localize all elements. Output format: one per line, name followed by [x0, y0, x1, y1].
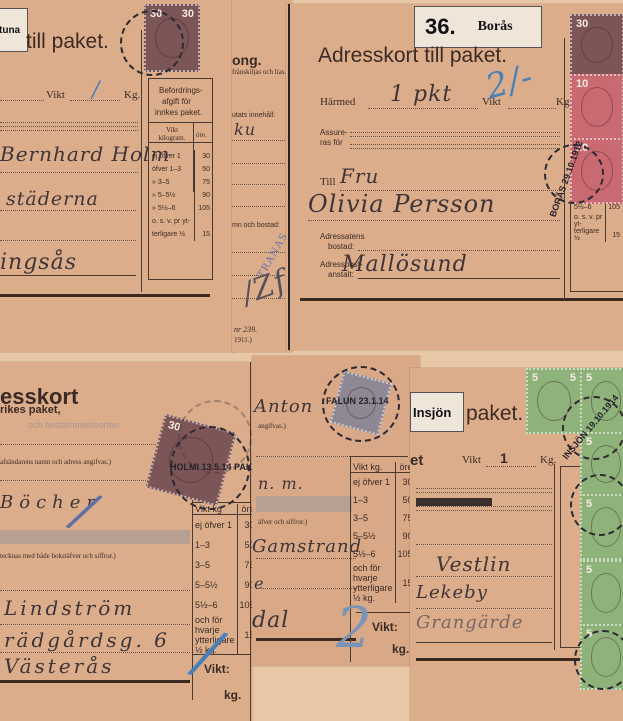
card-subtitle: rikes paket, — [0, 404, 61, 416]
recipient-line-1: Gamstrand — [252, 536, 362, 557]
underline — [0, 275, 136, 276]
rate-row: 5–5½90 — [351, 527, 415, 545]
station-label-text: Insjön — [413, 405, 451, 420]
stamp-5-ore: 5 — [580, 560, 623, 626]
address-note: tecknas med både bokstäfver och siffror.… — [0, 552, 116, 560]
rate-weight: öfver 1–3 — [150, 163, 195, 176]
rate-row: 1–350 — [193, 535, 252, 555]
stamp-value: 5 — [532, 372, 538, 384]
station-label: 36. Borås — [414, 6, 542, 48]
rate-row: 5–5½90 — [193, 575, 252, 595]
rate-weight: o. s. v. pr yt- — [572, 214, 606, 228]
rate-weight: 3–5 — [193, 555, 237, 575]
faded-line: och bestämmelseorten — [28, 420, 119, 430]
stamp-30-ore: 30 — [570, 14, 623, 76]
harmed-handwriting: 1 pkt — [390, 82, 452, 107]
label-number: 36. — [425, 14, 456, 40]
card-title: Adresskort till paket. — [318, 44, 507, 68]
recipient-line-3: dal — [252, 608, 289, 633]
stamp-value: 5 — [586, 372, 592, 384]
stamp-value: 10 — [576, 78, 588, 90]
dotted-line — [0, 100, 44, 101]
stamp-value: 5 — [570, 372, 576, 384]
column-divider — [554, 464, 555, 650]
rate-row: 5½–6105 — [193, 595, 252, 615]
postmark-circle — [574, 630, 623, 690]
handwritten-city: ingsås — [0, 250, 77, 275]
rate-weight: ej öfver 1 — [351, 473, 395, 491]
kg-label: kg. — [392, 642, 409, 656]
divider — [300, 298, 623, 301]
rate-weight: 5–5½ — [351, 527, 395, 545]
rate-weight: ej öfver 1 — [150, 150, 195, 163]
dotted-line — [416, 510, 552, 511]
dotted-line — [0, 444, 160, 445]
rate-ore: 15 — [195, 228, 212, 241]
rate-ore: 90 — [237, 575, 252, 595]
rate-table: ej öfver 130öfver 1–350» 3–575» 5–5½90» … — [150, 150, 212, 241]
rate-ore — [195, 215, 212, 228]
rate-row: o. s. v. pr yt- — [150, 215, 212, 228]
dotted-line — [0, 130, 138, 131]
dotted-line — [232, 206, 287, 207]
rate-table: Vikt kg.öreej öfver 1301–3503–5755–5½905… — [351, 462, 415, 603]
recipient-line-1: Vestlin — [436, 552, 511, 576]
rate-ore: 90 — [195, 189, 212, 202]
rate-row: » 5–5½90 — [150, 189, 212, 202]
vikt-label: Vikt — [46, 89, 65, 101]
address-note: äfver och siffror.) — [258, 518, 307, 526]
stamp-10-ore: 10 — [570, 74, 623, 140]
rate-row: ej öfver 130 — [351, 473, 415, 491]
rate-row: 3–575 — [193, 555, 252, 575]
kg-label: Kg. — [124, 89, 140, 101]
rate-divider — [148, 122, 212, 123]
sender-handwriting: Anton — [254, 396, 313, 417]
contents-handwriting: ku — [234, 120, 256, 139]
rate-weight: 5–5½ — [193, 575, 237, 595]
dotted-line — [256, 558, 356, 559]
harmed-label: Härmed — [320, 96, 355, 108]
rate-weight: » 5–5½ — [150, 189, 195, 202]
rate-weight: 1–3 — [193, 535, 237, 555]
vikt-value: 1 — [500, 450, 508, 466]
rate-ore: 105 — [195, 202, 212, 215]
grey-bar — [256, 496, 352, 512]
dotted-line — [486, 466, 536, 467]
card-top-middle-strip: ong. frånskiljas och lias. utats innehål… — [232, 0, 292, 352]
recipient-line-2: Lekeby — [416, 582, 488, 603]
dotted-line — [0, 122, 138, 123]
dotted-line — [308, 220, 560, 221]
rate-row: o. s. v. pr yt- — [572, 214, 622, 228]
rate-row: » 5½–6105 — [150, 202, 212, 215]
postmark-ghost-circle — [178, 400, 252, 474]
rate-ore: 30 — [237, 515, 252, 535]
vikt-label: Vikt — [462, 454, 481, 466]
dotted-line — [416, 576, 552, 577]
rate-header-weight: Vikt kilogram. — [152, 126, 192, 142]
dotted-line — [350, 136, 560, 137]
rate-box-title-line-1: Befordrings- — [159, 86, 203, 95]
station-label-tab: tuna — [0, 8, 28, 52]
till-label: Till — [320, 176, 336, 188]
recipient-line-1: Lindström — [4, 596, 135, 620]
rate-table-tail: 5½–6105o. s. v. pr yt-terligare ½15 — [572, 200, 622, 242]
dotted-line — [0, 210, 136, 211]
dotted-line — [0, 652, 190, 653]
dotted-line — [0, 624, 190, 625]
rate-weight: ej öfver 1 — [193, 515, 237, 535]
rate-row: ej öfver 130 — [150, 150, 212, 163]
redacted-bar — [416, 498, 492, 506]
rate-ore — [606, 214, 622, 228]
rate-ore: 15 — [606, 228, 622, 242]
dotted-line — [416, 544, 552, 545]
rate-ore: 75 — [237, 555, 252, 575]
handwritten-street: städerna — [6, 188, 99, 210]
vikt-label: Vikt: — [372, 620, 398, 634]
dotted-line — [350, 132, 560, 133]
adressatens-label-2: bostad: — [328, 242, 354, 251]
card-title: till paket. — [26, 30, 109, 54]
rate-weight: o. s. v. pr yt- — [150, 215, 195, 228]
paket-fragment: et — [410, 452, 423, 469]
adresspost-handwriting: Mallösund — [342, 252, 468, 277]
rate-header-ore: öre. — [196, 131, 207, 139]
king-portrait-icon — [591, 573, 622, 612]
grey-bar — [0, 530, 190, 544]
assureras-label-1: Assure- — [320, 128, 348, 137]
card-top-right: 36. Borås Adresskort till paket. Härmed … — [286, 4, 623, 350]
dotted-line — [232, 140, 287, 141]
king-portrait-icon — [581, 27, 613, 64]
postmark-text: FALUN 23.1.14 — [326, 396, 389, 406]
dotted-line — [508, 108, 556, 109]
recipient-line-3: Västerås — [4, 654, 114, 678]
rate-box-title-line-2: afgift för — [162, 97, 191, 106]
stamp-value: 5 — [586, 564, 592, 576]
adressatens-label-1: Adressatens — [320, 232, 364, 241]
sender-label: mn och bostad: — [232, 222, 280, 229]
card-bottom-middle: Anton angifvas.) n. m. äfver och siffror… — [252, 356, 420, 666]
postmark-circle — [570, 474, 623, 536]
dotted-line — [0, 240, 136, 241]
dotted-line — [256, 588, 356, 589]
rate-weight: terligare ½ — [150, 228, 195, 241]
rate-row: öfver 1–350 — [150, 163, 212, 176]
dotted-line — [350, 148, 560, 149]
divider — [0, 294, 210, 297]
blue-weight-mark: 2 — [336, 596, 373, 661]
rate-ore: 75 — [195, 176, 212, 189]
stamp-value: 30 — [576, 18, 588, 30]
rate-header-row: Vikt kg.öre — [351, 462, 415, 473]
stamp-value: 30 — [182, 8, 194, 20]
recipient-line-2: rädgårdsg. 6 — [4, 628, 170, 652]
dotted-line — [232, 163, 287, 164]
postmark-circle — [120, 10, 184, 76]
divider — [0, 680, 190, 683]
sender-note: afsändarens namn och adress angifvas.) — [0, 458, 111, 466]
rate-row: terligare ½15 — [572, 228, 622, 242]
rate-header-ore: öre — [237, 504, 252, 515]
dotted-line — [0, 590, 190, 591]
form-number: nr 239. — [234, 325, 257, 334]
recipient-line-2: e — [254, 574, 264, 593]
dotted-line — [232, 184, 287, 185]
rate-weight: 1–3 — [351, 491, 395, 509]
rate-ore: 105 — [237, 595, 252, 615]
rate-row: 5½–6105 — [351, 545, 415, 563]
dotted-line — [416, 492, 552, 493]
recipient-name: Olivia Persson — [308, 190, 495, 218]
fragment-note: frånskiljas och lias. — [232, 68, 287, 76]
rate-ore: 15 — [237, 615, 252, 655]
rate-row: » 3–575 — [150, 176, 212, 189]
rate-weight: 5½–6 — [351, 545, 395, 563]
signature-scribble: /Zf — [237, 263, 291, 311]
handwritten-sender: Bernhard Holm — [0, 142, 170, 166]
station-label-tab: Insjön — [410, 392, 464, 432]
station-label-text: tuna — [0, 25, 20, 36]
underline — [416, 642, 552, 643]
rate-weight: 5½–6 — [193, 595, 237, 615]
contents-label: utats innehåll: — [232, 112, 275, 119]
till-handwriting: Fru — [340, 164, 379, 188]
rate-row: 3–575 — [351, 509, 415, 527]
rate-box-title-line-3: inrikes paket. — [155, 108, 202, 117]
dotted-line — [0, 126, 138, 127]
kg-label: kg. — [224, 688, 241, 702]
perforation-edge — [288, 4, 290, 350]
label-city: Borås — [478, 19, 513, 35]
dotted-line — [350, 144, 560, 145]
rate-weight: » 5½–6 — [150, 202, 195, 215]
assureras-label-2: ras för — [320, 138, 343, 147]
rate-weight: 3–5 — [351, 509, 395, 527]
card-bottom-left: esskort rikes paket, och bestämmelseorte… — [0, 362, 252, 721]
line-handwriting: n. m. — [258, 474, 304, 493]
dotted-line — [416, 488, 552, 489]
rate-row: ej öfver 130 — [193, 515, 252, 535]
rate-ore: 50 — [195, 163, 212, 176]
dotted-line — [416, 506, 552, 507]
rate-weight: » 3–5 — [150, 176, 195, 189]
rate-header-weight: Vikt kg. — [351, 462, 395, 473]
rate-row: 1–350 — [351, 491, 415, 509]
rate-top — [350, 456, 408, 457]
dotted-line — [416, 608, 552, 609]
dotted-line — [0, 172, 138, 173]
underline — [358, 278, 560, 279]
sender-note: angifvas.) — [258, 422, 286, 430]
dotted-line — [368, 108, 478, 109]
rate-row: terligare ½15 — [150, 228, 212, 241]
form-year: 1911.) — [234, 336, 252, 344]
fragment-title: ong. — [232, 52, 262, 68]
king-portrait-icon — [581, 87, 613, 126]
recipient-line-3: Grangärde — [416, 612, 523, 633]
rate-divider — [148, 142, 212, 143]
rate-weight: terligare ½ — [572, 228, 606, 242]
blue-pen-mark: / — [92, 78, 100, 103]
dotted-line — [358, 250, 560, 251]
card-title: paket. — [466, 402, 523, 426]
rate-ore: 30 — [195, 150, 212, 163]
card-top-left: tuna till paket. Vikt Kg. / Bernhard Hol… — [0, 0, 236, 352]
rate-ore: 50 — [237, 535, 252, 555]
card-bottom-right: Insjön paket. et Vikt 1 Kg. Vestlin Leke… — [410, 368, 623, 721]
